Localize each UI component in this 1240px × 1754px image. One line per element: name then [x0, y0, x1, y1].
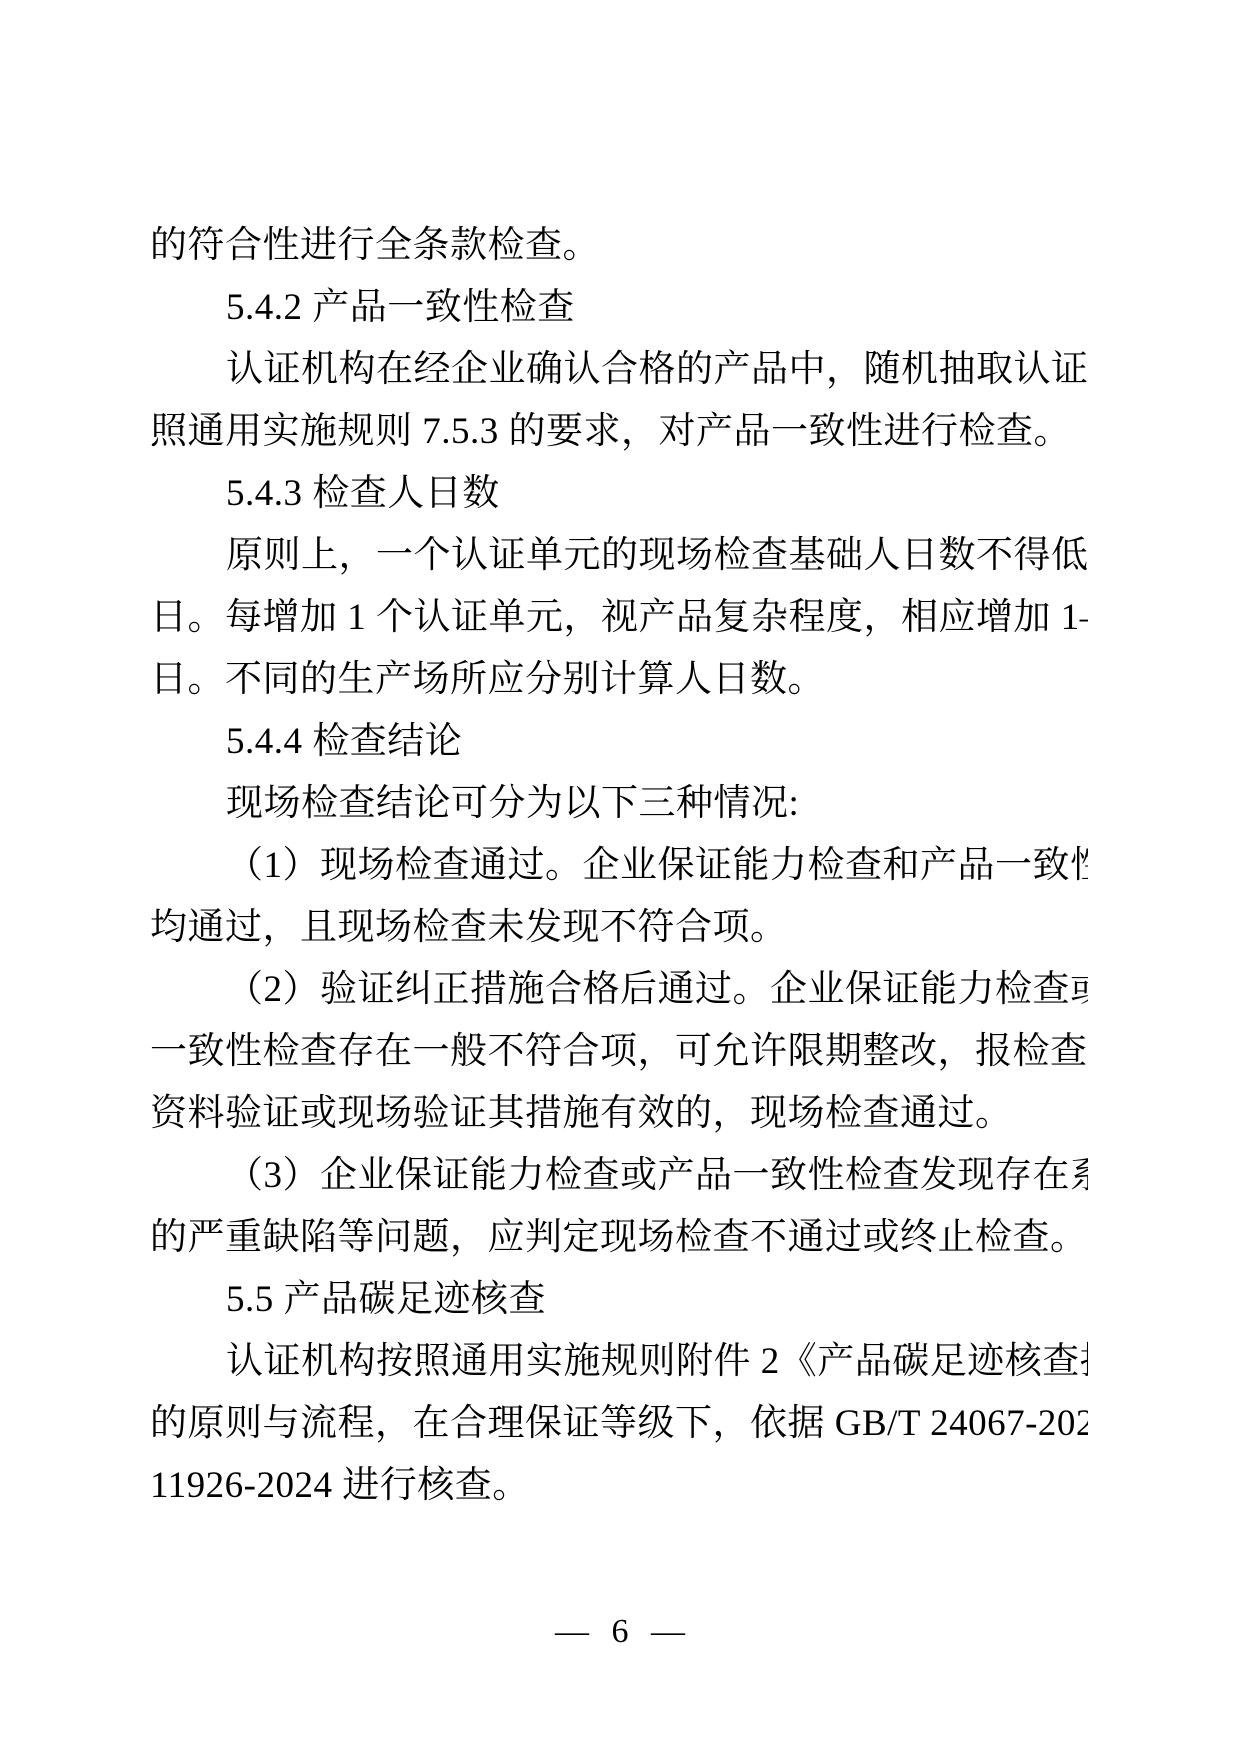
paragraph-5-5-line: 认证机构按照通用实施规则附件 2《产品碳足迹核查指南》	[150, 1331, 1088, 1393]
paragraph-5-4-2-line: 照通用实施规则 7.5.3 的要求，对产品一致性进行检查。	[150, 401, 1088, 463]
paragraph-continuation-line: 的符合性进行全条款检查。	[150, 215, 1088, 277]
heading-5-4-2: 5.4.2 产品一致性检查	[150, 277, 1088, 339]
paragraph-item-3-line: 的严重缺陷等问题，应判定现场检查不通过或终止检查。	[150, 1207, 1088, 1269]
paragraph-item-2-line: 资料验证或现场验证其措施有效的，现场检查通过。	[150, 1083, 1088, 1145]
paragraph-5-4-3-line: 日。不同的生产场所应分别计算人日数。	[150, 649, 1088, 711]
paragraph-item-1-line: （1）现场检查通过。企业保证能力检查和产品一致性检查	[150, 835, 1088, 897]
paragraph-item-2-line: （2）验证纠正措施合格后通过。企业保证能力检查或产品	[150, 959, 1088, 1021]
paragraph-5-5-line: 的原则与流程，在合理保证等级下，依据 GB/T 24067-2024 与 SJ/…	[150, 1393, 1088, 1455]
paragraph-5-5-line: 11926-2024 进行核查。	[150, 1455, 1088, 1517]
paragraph-5-4-2-line: 认证机构在经企业确认合格的产品中，随机抽取认证产品按	[150, 339, 1088, 401]
document-body: 的符合性进行全条款检查。 5.4.2 产品一致性检查 认证机构在经企业确认合格的…	[150, 215, 1088, 1517]
heading-5-4-4: 5.4.4 检查结论	[150, 711, 1088, 773]
page-number: — 6 —	[0, 1612, 1240, 1652]
heading-5-4-3: 5.4.3 检查人日数	[150, 463, 1088, 525]
heading-5-5: 5.5 产品碳足迹核查	[150, 1269, 1088, 1331]
paragraph-item-3-line: （3）企业保证能力检查或产品一致性检查发现存在系统性	[150, 1145, 1088, 1207]
paragraph-5-4-3-line: 原则上，一个认证单元的现场检查基础人日数不得低于 2 人	[150, 525, 1088, 587]
paragraph-5-4-3-line: 日。每增加 1 个认证单元，视产品复杂程度，相应增加 1—2 人	[150, 587, 1088, 649]
paragraph-item-1-line: 均通过，且现场检查未发现不符合项。	[150, 897, 1088, 959]
paragraph-5-4-4-intro-line: 现场检查结论可分为以下三种情况:	[150, 773, 1088, 835]
paragraph-item-2-line: 一致性检查存在一般不符合项，可允许限期整改，报检查组书面	[150, 1021, 1088, 1083]
